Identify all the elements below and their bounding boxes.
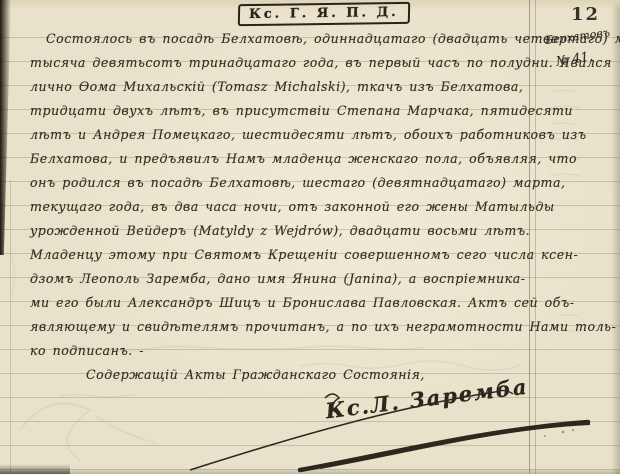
bottom-corner-shadow [0, 464, 70, 474]
signature-flourish [150, 378, 620, 474]
handwritten-line: Младенцу этому при Святомъ Крещеніи сове… [30, 243, 543, 267]
handwritten-line: ми его были Александръ Шицъ и Бронислава… [30, 291, 543, 315]
handwritten-line: тридцати двухъ лѣтъ, въ присутствіи Степ… [30, 99, 543, 123]
handwritten-line: Состоялось въ посадѣ Белхатовѣ, одиннадц… [30, 27, 543, 51]
handwritten-line: лично Ѳома Михальскій (Tomasz Michalski)… [30, 75, 543, 99]
handwritten-line: онъ родился въ посадѣ Белхатовѣ, шестаго… [30, 171, 543, 195]
left-margin-line [10, 180, 11, 474]
office-rubber-stamp: Кс. Г. Я. П. Д. [238, 2, 410, 26]
handwritten-line: урожденной Вейдеръ (Matyldy z Wejdrów), … [30, 219, 543, 243]
handwritten-line: являющему и свидѣтелямъ прочитанъ, а по … [30, 315, 543, 339]
page-number: 12 [571, 4, 600, 25]
handwritten-line: Белхатова, и предъявилъ Намъ младенца же… [30, 147, 543, 171]
register-page-scan: Кс. Г. Я. П. Д. 12 Белхатовъ № 41. Состо… [0, 0, 620, 474]
handwritten-line: тысяча девятьсотъ тринадцатаго года, въ … [30, 51, 543, 75]
registrar-title-line: Содержащій Акты Гражданскаго Состоянія, [30, 363, 543, 387]
handwritten-line: текущаго года, въ два часа ночи, отъ зак… [30, 195, 543, 219]
handwritten-line: дзомъ Леополь Заремба, дано имя Янина (J… [30, 267, 543, 291]
act-body-text: Состоялось въ посадѣ Белхатовѣ, одиннадц… [30, 27, 543, 387]
registrar-signature: Кс.Л. Заремба [150, 378, 620, 474]
handwritten-line: лѣтъ и Андрея Помецкаго, шестидесяти лѣт… [30, 123, 543, 147]
handwritten-line: ко подписанъ. - [30, 339, 543, 363]
